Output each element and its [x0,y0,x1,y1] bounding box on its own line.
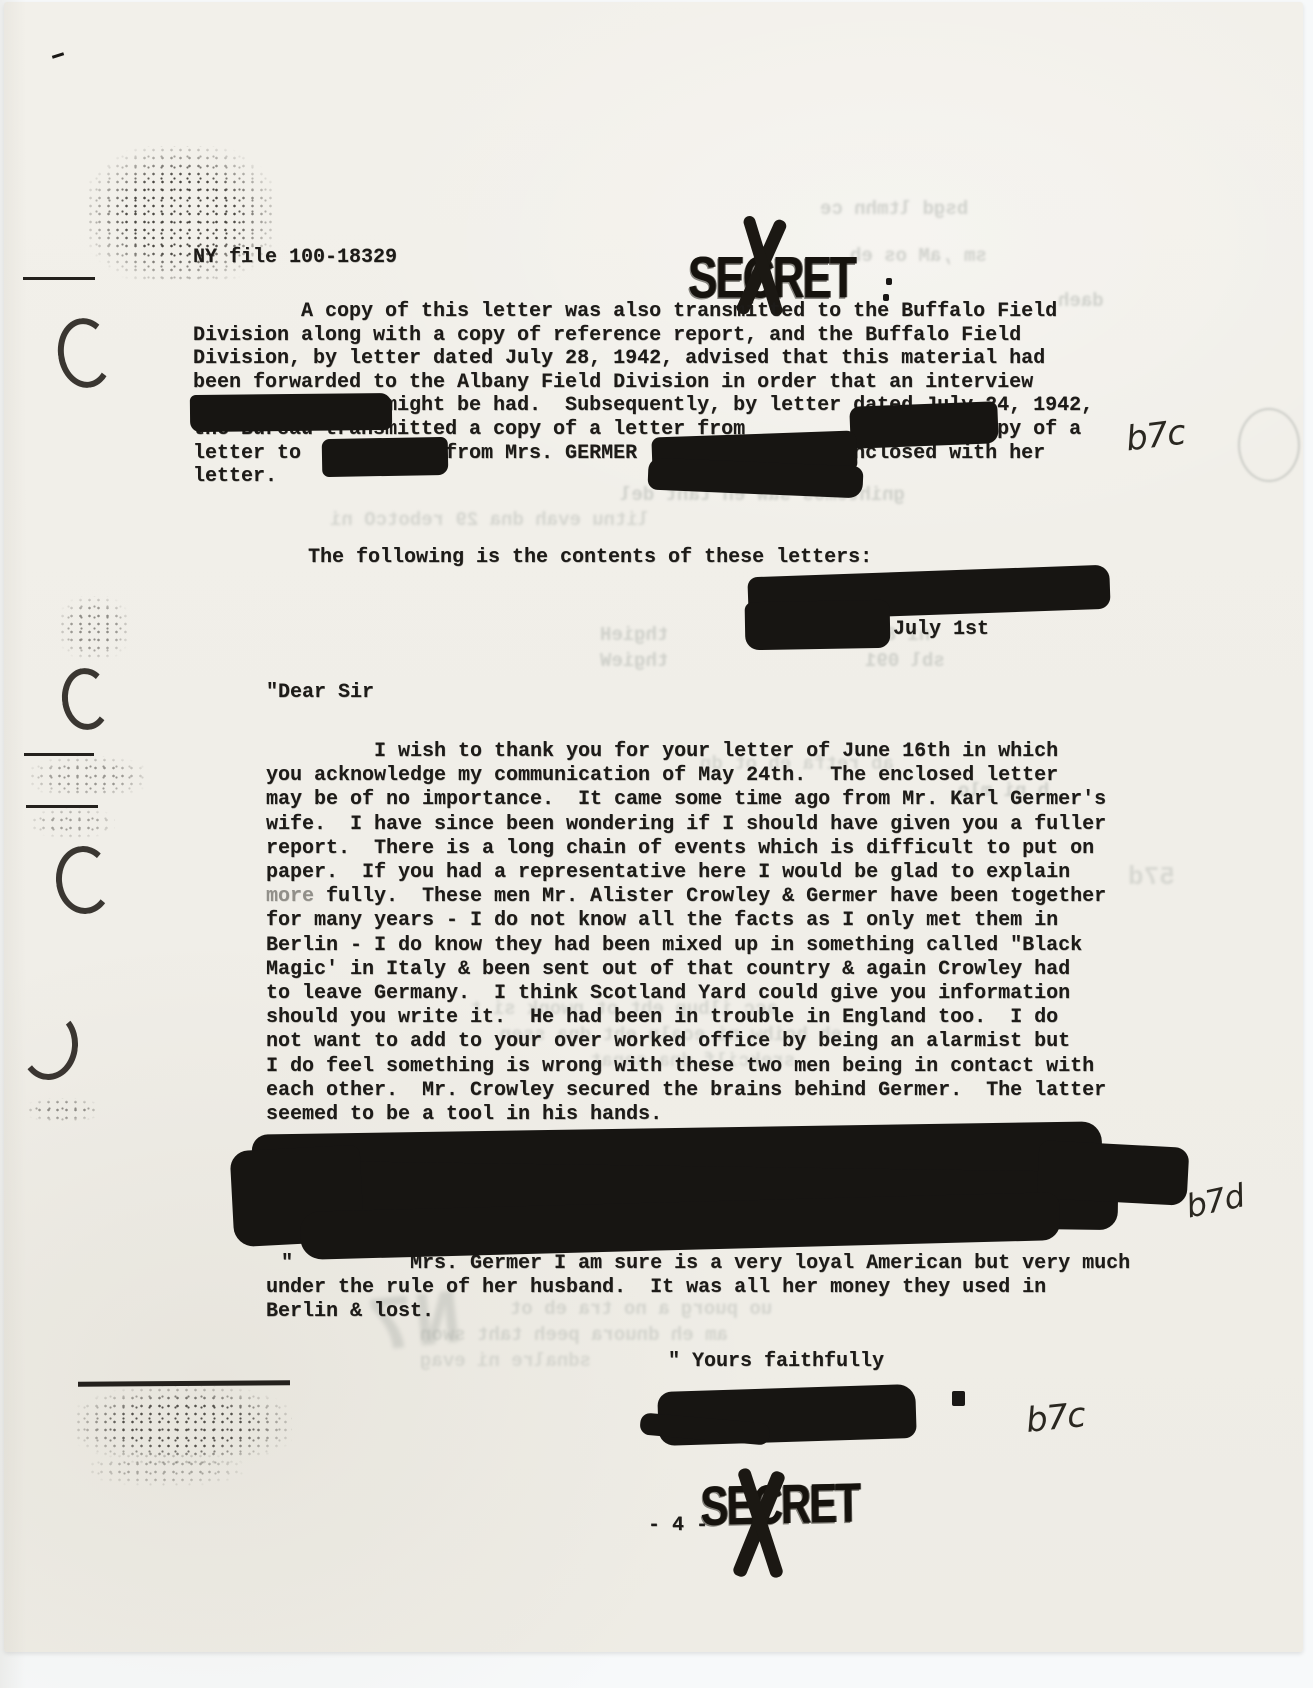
bleedthrough-text: sbl 091 [865,650,945,672]
file-number: NY file 100-18329 [193,246,397,270]
speckle-patch [30,808,115,838]
ink-dot [886,278,892,285]
bleedthrough-text: sm ,aM os eb [850,245,987,267]
bleedthrough-text: bsgd ltmhn ce [820,198,968,220]
ink-square-dot [952,1391,965,1406]
speckle-patch [26,1098,100,1122]
salutation: "Dear Sir [266,681,374,705]
closing-line: " Yours faithfully [668,1350,884,1374]
letters-intro-line: The following is the contents of these l… [308,546,872,570]
redaction-bar [190,393,392,432]
edge-line [23,277,95,280]
exemption-annotation: b7c [1124,413,1187,460]
speckle-patch [58,596,130,660]
letter-body: I wish to thank you for your letter of J… [266,740,1106,1127]
page-number: - 4 - [648,1514,708,1538]
redaction-bar [849,401,999,449]
redaction-bar [745,600,891,651]
redaction-bar [322,437,449,477]
faded-ink-patch [264,886,322,904]
speckle-patch [88,1452,243,1486]
mrs-germer-paragraph: Mrs. Germer I am sure is a very loyal Am… [266,1252,1130,1325]
letter-date: July 1st [893,618,989,642]
bleedthrough-text: am eh dnuora peeh taht swon [420,1324,728,1346]
bleedthrough-text: thgieH [600,624,668,646]
ghost-ring-artifact [1238,408,1300,482]
speckle-patch [28,756,148,798]
exemption-annotation: b7c [1024,1395,1087,1441]
bleedthrough-text: litnu evah dna 29 rebotcO ni [330,509,649,531]
scanned-document: bsgd ltmhn ce sm ,aM os eb daeh gnihtemo… [0,0,1313,1688]
bleedthrough-text: 57d [1128,862,1175,892]
bleedthrough-text: thgieW [600,650,668,672]
redaction-block [1037,1140,1190,1206]
